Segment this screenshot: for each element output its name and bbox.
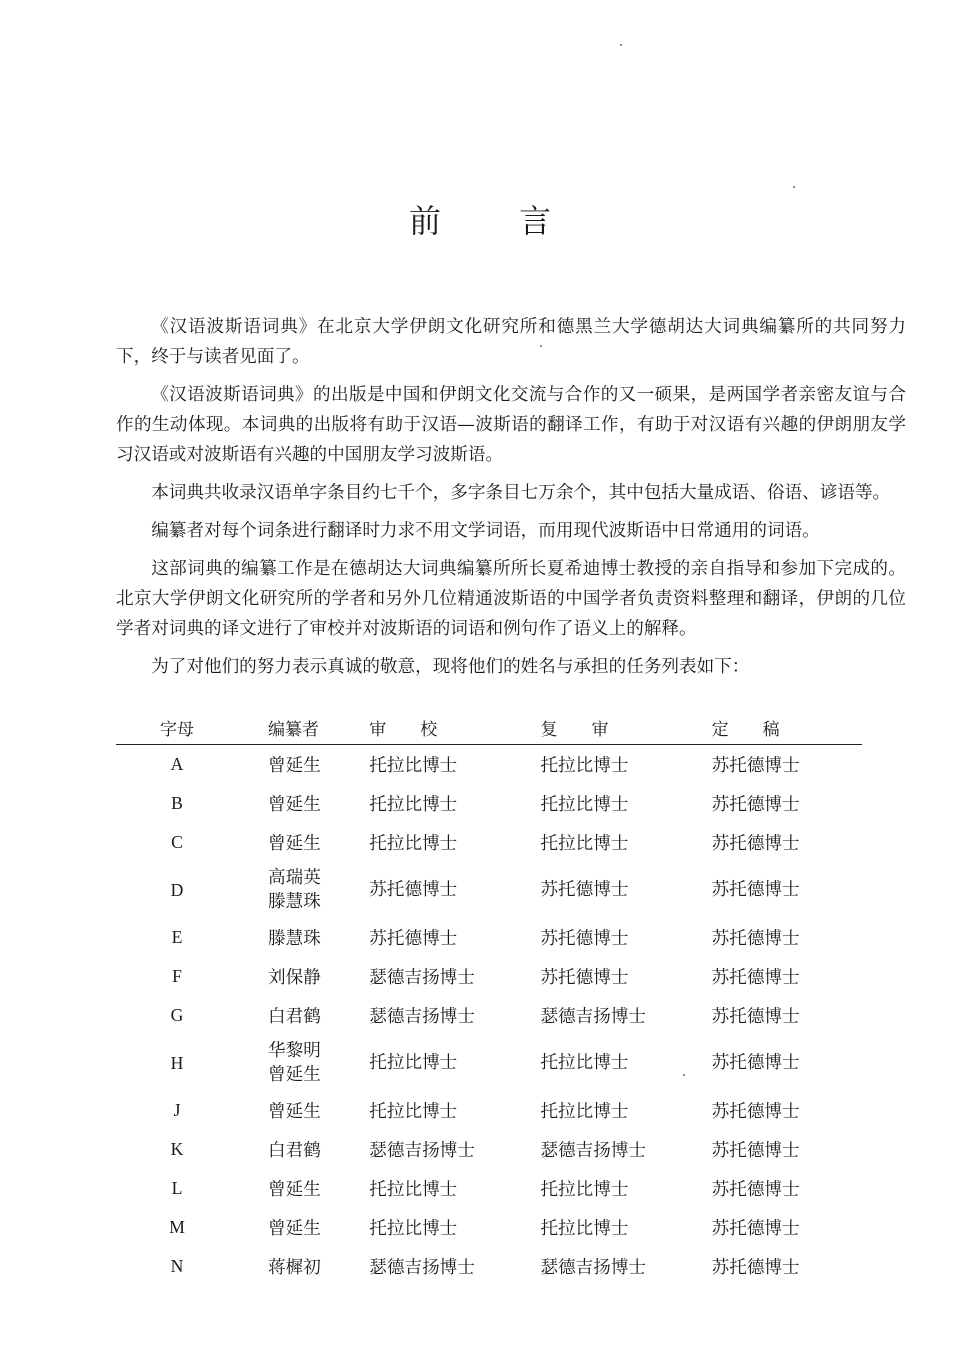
- compiler-name: 蒋樨初: [268, 1254, 369, 1279]
- paragraph: 《汉语波斯语词典》的出版是中国和伊朗文化交流与合作的又一硕果，是两国学者亲密友谊…: [116, 380, 906, 470]
- compiler-name: 白君鹤: [268, 1003, 369, 1028]
- header-compiler: 编纂者: [268, 710, 369, 745]
- cell-proofread: 苏托德博士: [369, 862, 540, 918]
- cell-compiler: 曾延生: [268, 823, 369, 862]
- table-row: C曾延生托拉比博士托拉比博士苏托德博士: [116, 823, 862, 862]
- table-row: B曾延生托拉比博士托拉比博士苏托德博士: [116, 784, 862, 823]
- cell-compiler: 曾延生: [268, 745, 369, 785]
- header-review: 复 审: [540, 710, 711, 745]
- page-title: 前言: [0, 196, 960, 242]
- cell-proofread: 瑟德吉扬博士: [369, 996, 540, 1035]
- cell-review: 苏托德博士: [540, 918, 711, 957]
- cell-review: 苏托德博士: [540, 862, 711, 918]
- paragraph: 为了对他们的努力表示真诚的敬意，现将他们的姓名与承担的任务列表如下：: [116, 652, 906, 682]
- cell-proofread: 瑟德吉扬博士: [369, 957, 540, 996]
- compiler-name: 滕慧珠: [268, 890, 369, 914]
- scan-speck: [620, 44, 622, 46]
- cell-proofread: 托拉比博士: [369, 745, 540, 785]
- table-row: N蒋樨初瑟德吉扬博士瑟德吉扬博士苏托德博士: [116, 1247, 862, 1286]
- cell-letter: G: [116, 996, 268, 1035]
- compiler-name: 曾延生: [268, 791, 369, 816]
- table-row: D高瑞英滕慧珠苏托德博士苏托德博士苏托德博士: [116, 862, 862, 918]
- cell-letter: H: [116, 1035, 268, 1091]
- cell-compiler: 高瑞英滕慧珠: [268, 862, 369, 918]
- cell-letter: C: [116, 823, 268, 862]
- cell-letter: M: [116, 1208, 268, 1247]
- cell-review: 托拉比博士: [540, 1035, 711, 1091]
- paragraph: 本词典共收录汉语单字条目约七千个，多字条目七万余个，其中包括大量成语、俗语、谚语…: [116, 478, 906, 508]
- cell-final: 苏托德博士: [712, 957, 862, 996]
- cell-final: 苏托德博士: [712, 823, 862, 862]
- cell-review: 瑟德吉扬博士: [540, 1130, 711, 1169]
- table-row: F刘保静瑟德吉扬博士苏托德博士苏托德博士: [116, 957, 862, 996]
- cell-review: 托拉比博士: [540, 1169, 711, 1208]
- cell-proofread: 托拉比博士: [369, 1208, 540, 1247]
- cell-proofread: 苏托德博士: [369, 918, 540, 957]
- cell-letter: D: [116, 862, 268, 918]
- cell-proofread: 托拉比博士: [369, 823, 540, 862]
- compiler-name: 曾延生: [268, 1215, 369, 1240]
- cell-letter: L: [116, 1169, 268, 1208]
- cell-compiler: 曾延生: [268, 1208, 369, 1247]
- paragraph: 编纂者对每个词条进行翻译时力求不用文学词语，而用现代波斯语中日常通用的词语。: [116, 516, 906, 546]
- cell-compiler: 曾延生: [268, 784, 369, 823]
- cell-compiler: 曾延生: [268, 1091, 369, 1130]
- cell-letter: K: [116, 1130, 268, 1169]
- cell-proofread: 托拉比博士: [369, 1091, 540, 1130]
- scan-speck: [793, 186, 795, 188]
- cell-final: 苏托德博士: [712, 1035, 862, 1091]
- cell-letter: B: [116, 784, 268, 823]
- cell-letter: F: [116, 957, 268, 996]
- cell-compiler: 华黎明曾延生: [268, 1035, 369, 1091]
- header-final: 定 稿: [712, 710, 862, 745]
- table-row: E滕慧珠苏托德博士苏托德博士苏托德博士: [116, 918, 862, 957]
- compiler-name: 曾延生: [268, 1098, 369, 1123]
- title-char-1: 前: [409, 196, 441, 242]
- table-row: G白君鹤瑟德吉扬博士瑟德吉扬博士苏托德博士: [116, 996, 862, 1035]
- cell-review: 托拉比博士: [540, 745, 711, 785]
- compiler-name: 刘保静: [268, 964, 369, 989]
- preface-body: 《汉语波斯语词典》在北京大学伊朗文化研究所和德黑兰大学德胡达大词典编纂所的共同努…: [116, 312, 906, 690]
- cell-final: 苏托德博士: [712, 1130, 862, 1169]
- cell-proofread: 瑟德吉扬博士: [369, 1130, 540, 1169]
- cell-letter: A: [116, 745, 268, 785]
- cell-letter: E: [116, 918, 268, 957]
- header-proofread: 审 校: [369, 710, 540, 745]
- compiler-name: 曾延生: [268, 1176, 369, 1201]
- cell-final: 苏托德博士: [712, 862, 862, 918]
- table-row: A曾延生托拉比博士托拉比博士苏托德博士: [116, 745, 862, 785]
- cell-letter: J: [116, 1091, 268, 1130]
- cell-review: 托拉比博士: [540, 823, 711, 862]
- cell-final: 苏托德博士: [712, 745, 862, 785]
- cell-review: 托拉比博士: [540, 1091, 711, 1130]
- cell-final: 苏托德博士: [712, 918, 862, 957]
- cell-compiler: 白君鹤: [268, 1130, 369, 1169]
- cell-proofread: 托拉比博士: [369, 784, 540, 823]
- cell-review: 苏托德博士: [540, 957, 711, 996]
- compiler-name: 高瑞英: [268, 866, 369, 890]
- compiler-name: 滕慧珠: [268, 925, 369, 950]
- table-header-row: 字母 编纂者 审 校 复 审 定 稿: [116, 710, 862, 745]
- title-char-2: 言: [519, 196, 551, 242]
- compiler-name: 白君鹤: [268, 1137, 369, 1162]
- cell-proofread: 瑟德吉扬博士: [369, 1247, 540, 1286]
- paragraph: 《汉语波斯语词典》在北京大学伊朗文化研究所和德黑兰大学德胡达大词典编纂所的共同努…: [116, 312, 906, 372]
- cell-review: 瑟德吉扬博士: [540, 996, 711, 1035]
- cell-proofread: 托拉比博士: [369, 1035, 540, 1091]
- header-letter: 字母: [116, 710, 268, 745]
- compiler-name: 华黎明: [268, 1039, 369, 1063]
- staff-table: 字母 编纂者 审 校 复 审 定 稿 A曾延生托拉比博士托拉比博士苏托德博士B曾…: [116, 710, 862, 1286]
- cell-final: 苏托德博士: [712, 784, 862, 823]
- cell-compiler: 白君鹤: [268, 996, 369, 1035]
- compiler-name: 曾延生: [268, 1063, 369, 1087]
- compiler-name: 曾延生: [268, 752, 369, 777]
- cell-final: 苏托德博士: [712, 1091, 862, 1130]
- cell-compiler: 蒋樨初: [268, 1247, 369, 1286]
- cell-final: 苏托德博士: [712, 1247, 862, 1286]
- cell-review: 托拉比博士: [540, 1208, 711, 1247]
- scan-speck: [683, 1074, 685, 1076]
- cell-final: 苏托德博士: [712, 1208, 862, 1247]
- cell-compiler: 曾延生: [268, 1169, 369, 1208]
- cell-review: 瑟德吉扬博士: [540, 1247, 711, 1286]
- table-row: M曾延生托拉比博士托拉比博士苏托德博士: [116, 1208, 862, 1247]
- table-body: A曾延生托拉比博士托拉比博士苏托德博士B曾延生托拉比博士托拉比博士苏托德博士C曾…: [116, 745, 862, 1287]
- cell-final: 苏托德博士: [712, 1169, 862, 1208]
- table-row: L曾延生托拉比博士托拉比博士苏托德博士: [116, 1169, 862, 1208]
- cell-compiler: 滕慧珠: [268, 918, 369, 957]
- cell-compiler: 刘保静: [268, 957, 369, 996]
- table-row: J曾延生托拉比博士托拉比博士苏托德博士: [116, 1091, 862, 1130]
- cell-letter: N: [116, 1247, 268, 1286]
- cell-final: 苏托德博士: [712, 996, 862, 1035]
- paragraph: 这部词典的编纂工作是在德胡达大词典编纂所所长夏希迪博士教授的亲自指导和参加下完成…: [116, 554, 906, 644]
- scan-speck: [540, 345, 542, 347]
- table-row: K白君鹤瑟德吉扬博士瑟德吉扬博士苏托德博士: [116, 1130, 862, 1169]
- table-row: H华黎明曾延生托拉比博士托拉比博士苏托德博士: [116, 1035, 862, 1091]
- cell-review: 托拉比博士: [540, 784, 711, 823]
- compiler-name: 曾延生: [268, 830, 369, 855]
- cell-proofread: 托拉比博士: [369, 1169, 540, 1208]
